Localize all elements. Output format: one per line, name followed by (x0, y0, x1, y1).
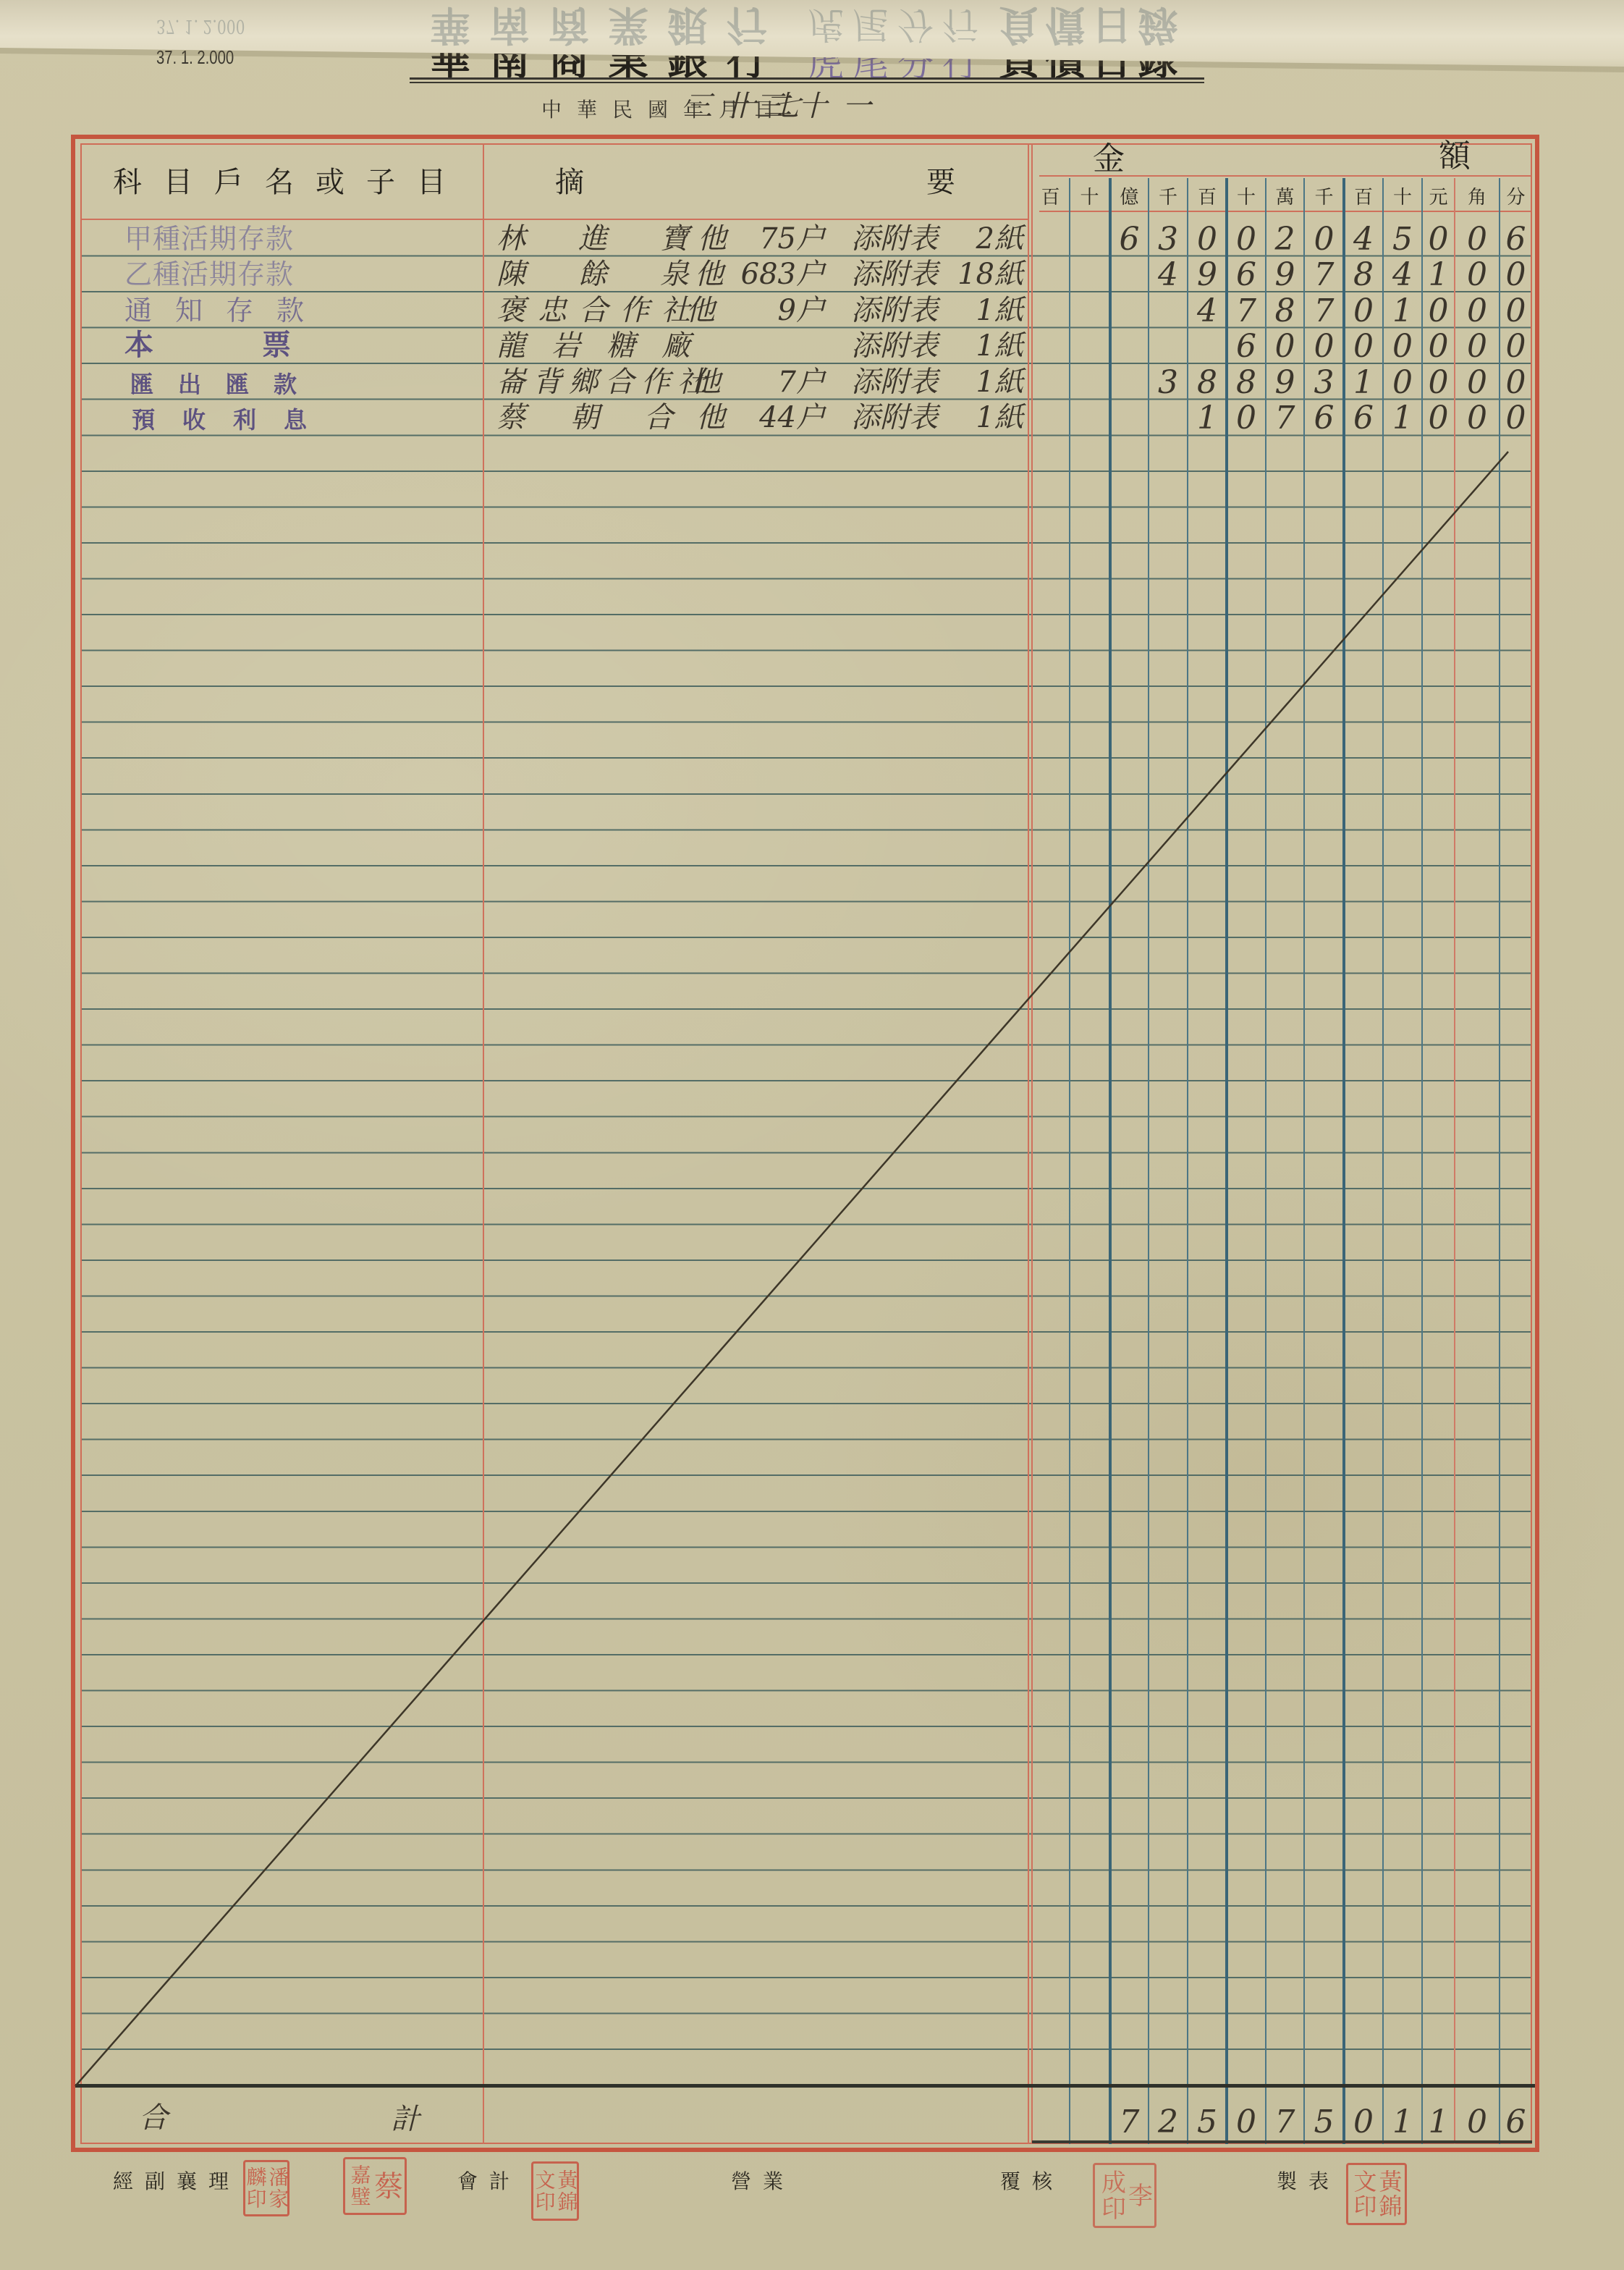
seal-reviewer: 李 成印 (1093, 2163, 1156, 2228)
digit-label: 萬 (1266, 182, 1304, 209)
account-name: 甲種活期存款 (124, 225, 294, 253)
digit: 0 (1383, 331, 1422, 363)
payee-name: 褒忠合作社 (496, 296, 703, 325)
digit: 3 (1149, 367, 1188, 399)
household-count: 9户 (778, 296, 825, 325)
sheet-count: 1紙 (976, 332, 1023, 360)
amount-digits: 3889310000 (1032, 364, 1532, 399)
digit: 0 (1383, 367, 1422, 399)
digit-label: 十 (1069, 182, 1110, 209)
account-name: 本票 (124, 331, 399, 360)
signature-role-accounting: 會計 (457, 2169, 521, 2195)
signature-role-operations: 營業 (731, 2169, 795, 2195)
household-count: 683户 (741, 260, 825, 289)
digit: 0 (1455, 2106, 1500, 2138)
digit: 4 (1149, 259, 1188, 291)
seal-deputy-manager-2: 蔡 嘉璧 (343, 2157, 407, 2215)
digit: 0 (1422, 295, 1455, 327)
decimal-divider-line (1454, 178, 1455, 2144)
sheet-count: 1紙 (976, 403, 1023, 432)
digit: 5 (1304, 2106, 1344, 2138)
column-divider-summary (1028, 143, 1029, 2144)
document-date: 中華民國三十七年十二月三十一日 (541, 96, 790, 125)
amount-digits: 4969784100 (1032, 256, 1532, 291)
payee-name: 蔡朝合 (496, 403, 718, 432)
title-underline-2 (410, 82, 1204, 83)
others-label: 他 (686, 296, 715, 325)
digit: 0 (1500, 367, 1532, 399)
seal-text: 黃錦 (557, 2169, 577, 2213)
digit: 7 (1110, 2106, 1149, 2138)
signature-role-preparer: 製表 (1277, 2169, 1340, 2195)
digit: 1 (1188, 402, 1227, 434)
sheet-count: 1紙 (976, 368, 1023, 397)
digit: 0 (1455, 295, 1500, 327)
total-label-2: 計 (391, 2105, 420, 2134)
digit: 5 (1383, 224, 1422, 256)
digit-column-line (1109, 178, 1112, 2144)
digit: 4 (1344, 224, 1383, 256)
others-label: 他 (696, 403, 725, 432)
header-summary-1: 摘 (555, 166, 584, 198)
digit-label-rule (1039, 211, 1531, 212)
digit: 3 (1304, 367, 1344, 399)
digit-column-line (1303, 178, 1305, 2144)
fold-ghost-branch-name: 虎尾分行 (808, 3, 987, 46)
household-count: 75户 (759, 224, 825, 253)
digit: 6 (1227, 259, 1266, 291)
digit: 8 (1266, 295, 1304, 327)
others-label: 他 (695, 260, 724, 289)
digit-column-line (1225, 178, 1228, 2144)
digit: 3 (1149, 224, 1188, 256)
digit: 0 (1344, 295, 1383, 327)
seal-text: 成印 (1099, 2169, 1124, 2222)
payee-name: 龍岩糖廠 (496, 332, 716, 360)
column-divider-account (483, 143, 484, 2144)
attachment-label: 添附表 (851, 224, 938, 253)
digit-label: 億 (1110, 182, 1149, 209)
digit-column-line (1382, 178, 1384, 2144)
seal-text: 潘家 (268, 2166, 288, 2210)
account-name: 通知存款 (124, 297, 327, 324)
digit-column-line (1187, 178, 1188, 2144)
digit: 9 (1188, 259, 1227, 291)
attachment-label: 添附表 (851, 332, 938, 360)
digit: 1 (1383, 402, 1422, 434)
digit: 0 (1500, 259, 1532, 291)
title-underline (410, 77, 1204, 80)
digit-label: 元 (1422, 182, 1455, 209)
seal-text: 麟印 (245, 2166, 266, 2210)
digit: 6 (1344, 402, 1383, 434)
digit: 8 (1227, 367, 1266, 399)
seal-text: 文印 (1353, 2169, 1376, 2219)
digit: 9 (1266, 259, 1304, 291)
others-label: 他 (692, 368, 721, 397)
digit: 4 (1383, 259, 1422, 291)
digit: 7 (1304, 295, 1344, 327)
amount-digits: 107661000 (1032, 400, 1532, 434)
amount-digits: 60000000 (1032, 328, 1532, 363)
account-name: 預收利息 (132, 408, 334, 431)
digit: 6 (1500, 2106, 1532, 2138)
table-row: 通知存款 褒忠合作社 他 9户 添附表 1紙 478701000 (0, 292, 1624, 329)
ruled-row-lines (82, 221, 1531, 2086)
fold-ghost-ledger-name: 負債日錄 (999, 3, 1184, 46)
payee-name: 崙背鄉合作社 (496, 368, 714, 397)
digit: 0 (1344, 2106, 1383, 2138)
digit: 4 (1188, 295, 1227, 327)
sheet-count: 2紙 (976, 224, 1023, 253)
account-name: 乙種活期存款 (124, 261, 294, 288)
table-row: 乙種活期存款 陳餘泉 他 683户 添附表 18紙 4969784100 (0, 257, 1624, 293)
attachment-label: 添附表 (851, 260, 938, 289)
signature-role-deputy-manager: 經副襄理 (113, 2169, 240, 2195)
sheet-count: 1紙 (976, 296, 1023, 325)
table-row: 甲種活期存款 林進寶 他 75户 添附表 2紙 63002045006 (0, 221, 1624, 257)
digit: 0 (1500, 331, 1532, 363)
household-count: 7户 (778, 368, 825, 397)
header-bottom-rule (82, 219, 1028, 220)
others-label: 他 (698, 224, 727, 253)
digit-label: 分 (1500, 182, 1532, 209)
seal-text: 文印 (534, 2169, 554, 2213)
digit: 0 (1500, 295, 1532, 327)
digit: 1 (1383, 295, 1422, 327)
header-amount-2: 額 (1439, 140, 1471, 172)
seal-text: 蔡 (372, 2171, 401, 2201)
digit: 1 (1422, 2106, 1455, 2138)
household-count: 44户 (759, 403, 825, 432)
digit-column-line (1499, 178, 1500, 2144)
digit: 0 (1266, 331, 1304, 363)
digit: 0 (1455, 402, 1500, 434)
date-era: 中華民國 (541, 98, 683, 122)
digit-column-line (1265, 178, 1266, 2144)
header-summary-2: 要 (926, 166, 955, 198)
seal-deputy-manager-1: 潘家 麟印 (243, 2160, 289, 2216)
column-divider-summary-2 (1031, 143, 1033, 2144)
seal-text: 黃錦 (1378, 2169, 1401, 2219)
digit: 0 (1422, 402, 1455, 434)
digit: 6 (1227, 331, 1266, 363)
digit: 0 (1455, 224, 1500, 256)
digit: 7 (1304, 259, 1344, 291)
digit: 0 (1455, 331, 1500, 363)
attachment-label: 添附表 (851, 296, 938, 325)
digit: 7 (1266, 2106, 1304, 2138)
digit-column-line (1148, 178, 1149, 2144)
fold-ghost-bank-name: 華南商業銀行 (430, 3, 786, 46)
digit-label: 百 (1344, 182, 1383, 209)
digit: 0 (1304, 331, 1344, 363)
digit: 9 (1266, 367, 1304, 399)
digit: 5 (1188, 2106, 1227, 2138)
digit: 6 (1500, 224, 1532, 256)
table-row: 匯出匯款 崙背鄉合作社 他 7户 添附表 1紙 3889310000 (0, 364, 1624, 400)
attachment-label: 添附表 (851, 403, 938, 432)
sheet-count: 18紙 (957, 260, 1023, 289)
digit-label: 千 (1304, 182, 1344, 209)
digit: 0 (1422, 224, 1455, 256)
total-amount-digits: 72507501106 (1032, 2104, 1532, 2138)
digit: 2 (1149, 2106, 1188, 2138)
digit-column-line (1069, 178, 1070, 2144)
total-row: 合 計 72507501106 (0, 2088, 1624, 2143)
total-label-1: 合 (139, 2104, 168, 2132)
digit: 6 (1304, 402, 1344, 434)
header-amount-1: 金 (1093, 143, 1125, 175)
digit: 0 (1455, 259, 1500, 291)
header-account: 科目戶名或子目 (113, 166, 468, 198)
digit-label: 千 (1149, 182, 1188, 209)
digit: 0 (1344, 331, 1383, 363)
amount-digits: 478701000 (1032, 292, 1532, 327)
digit-label: 十 (1383, 182, 1422, 209)
digit-label: 十 (1227, 182, 1266, 209)
digit: 7 (1227, 295, 1266, 327)
digit-place-labels: 百十億千百十萬千百十元角分 (1032, 181, 1532, 210)
table-row: 預收利息 蔡朝合 他 44户 添附表 1紙 107661000 (0, 400, 1624, 436)
amount-digits: 63002045006 (1032, 221, 1532, 256)
digit: 0 (1422, 331, 1455, 363)
fold-ghost-serial: 37. 1. 2.000 (156, 4, 245, 48)
digit: 0 (1455, 367, 1500, 399)
digit: 0 (1188, 224, 1227, 256)
account-name: 匯出匯款 (130, 373, 321, 396)
seal-accounting: 黃錦 文印 (531, 2161, 579, 2221)
digit-label: 角 (1455, 182, 1500, 209)
digit-label: 百 (1188, 182, 1227, 209)
digit-label: 百 (1032, 182, 1069, 209)
digit: 0 (1500, 402, 1532, 434)
digit-column-line (1342, 178, 1345, 2144)
digit-column-line (1421, 178, 1423, 2144)
digit: 0 (1227, 2106, 1266, 2138)
digit: 0 (1227, 224, 1266, 256)
digit: 0 (1304, 224, 1344, 256)
seal-text: 嘉璧 (350, 2164, 370, 2208)
seal-text: 李 (1126, 2182, 1151, 2208)
attachment-label: 添附表 (851, 368, 938, 397)
digit: 7 (1266, 402, 1304, 434)
seal-preparer: 黃錦 文印 (1346, 2163, 1407, 2225)
digit: 2 (1266, 224, 1304, 256)
digit: 1 (1383, 2106, 1422, 2138)
digit: 0 (1422, 367, 1455, 399)
digit: 0 (1227, 402, 1266, 434)
digit: 1 (1344, 367, 1383, 399)
table-row: 本票 龍岩糖廠 添附表 1紙 60000000 (0, 329, 1624, 365)
signature-role-reviewer: 覆核 (1000, 2169, 1064, 2195)
date-day: 三十一 (754, 92, 887, 121)
digit: 6 (1110, 224, 1149, 256)
digit: 8 (1344, 259, 1383, 291)
digit: 1 (1422, 259, 1455, 291)
digit: 8 (1188, 367, 1227, 399)
